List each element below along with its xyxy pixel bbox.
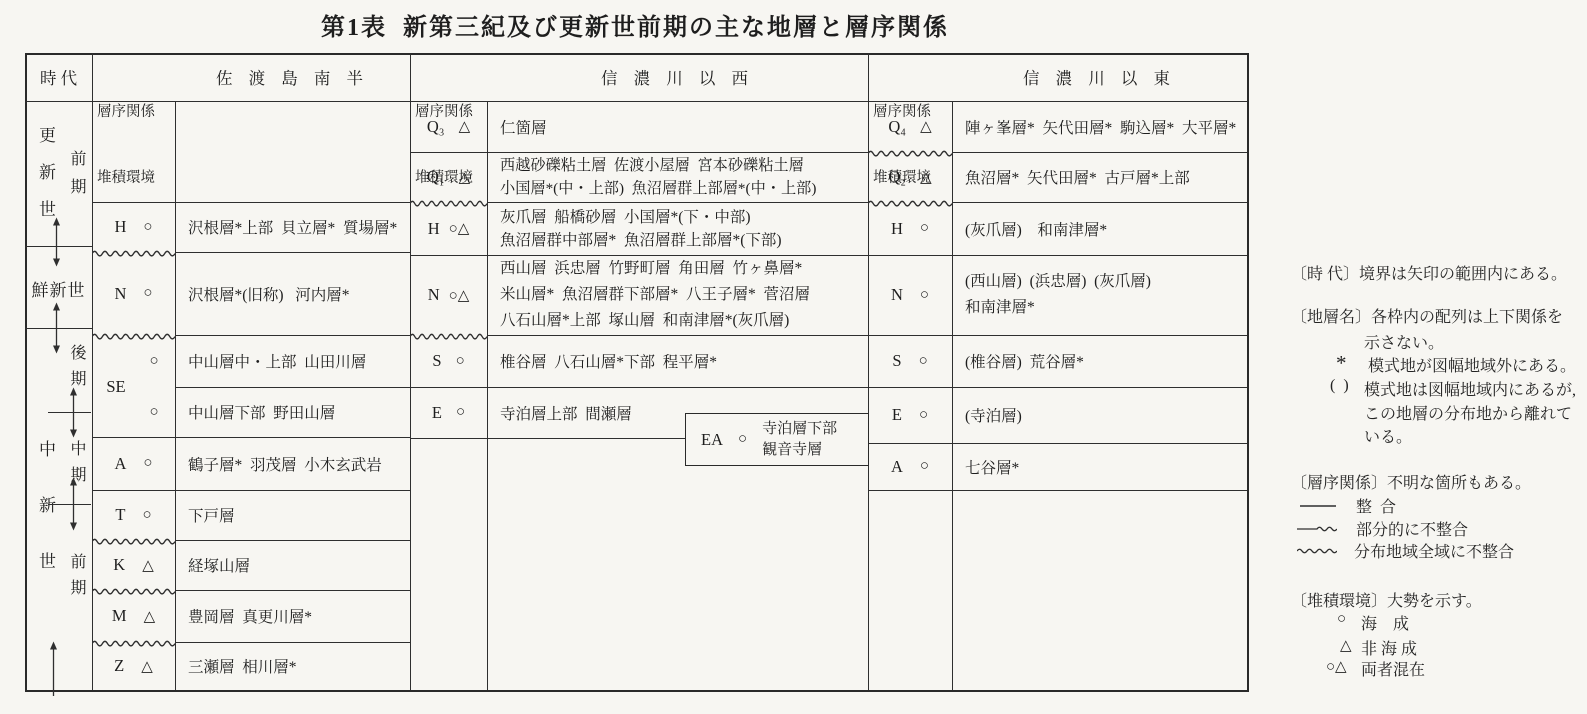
unit-code: A — [115, 454, 127, 474]
full-unconformity-icon — [1297, 546, 1337, 555]
nonmarine-symbol: △ — [920, 117, 932, 136]
sado-symbol-cell-k: K△ — [92, 540, 175, 590]
west-formations-h: 灰爪層 船橋砂層 小国層*(下・中部)魚沼層群中部層* 魚沼層群上部層*(下部) — [487, 202, 868, 255]
unit-code: S — [432, 351, 441, 371]
west-symbol-cell-q1: Q₁△ — [410, 152, 487, 202]
marine-symbol: ○ — [919, 407, 928, 424]
mixed-environment-symbol: ○△ — [449, 219, 470, 238]
east-region-header: 信 濃 川 以 東 — [952, 53, 1247, 101]
asterisk-symbol: * — [1336, 351, 1347, 376]
west-region-header: 信 濃 川 以 西 — [487, 53, 868, 101]
sado-region-header: 佐 渡 島 南 半 — [175, 53, 410, 101]
era-boundary-arrow — [51, 302, 62, 354]
grid-line — [410, 438, 685, 439]
sado-formations-a: 鶴子層* 羽茂層 小木玄武岩 — [175, 437, 410, 490]
marine-symbol: ○ — [143, 455, 152, 472]
west-formations-q3: 仁箇層 — [487, 101, 868, 152]
marine-symbol: ○ — [143, 219, 152, 236]
formation-line: 魚沼層群中部層* 魚沼層群上部層*(下部) — [500, 229, 782, 252]
east-symbol-cell-a: A○ — [868, 443, 952, 490]
stage-boundary-tick — [48, 504, 91, 505]
scanned-stratigraphy-table-page: 第1表 新第三紀及び更新世前期の主な地層と層序関係 時 代 層序関係 堆積環境 … — [0, 0, 1587, 714]
sado-symbol-cell-a: A○ — [92, 437, 175, 490]
unit-code: S — [892, 351, 901, 371]
legend-strata-note-2: 示さない。 — [1364, 330, 1444, 353]
conformity-line-icon — [1300, 501, 1336, 510]
formation-line: 八石山層*上部 塚山層 和南津層*(灰爪層) — [500, 308, 810, 334]
east-formations-h: (灰爪層) 和南津層* — [952, 202, 1247, 255]
formation-line: 寺泊層下部 — [762, 421, 837, 437]
unit-code: E — [892, 405, 902, 425]
era-pliocene-label: 鮮新世 — [25, 278, 92, 298]
sado-formations-t: 下戸層 — [175, 490, 410, 540]
env-label: 堆積環境 — [97, 167, 155, 189]
nonmarine-symbol: △ — [1340, 636, 1352, 655]
unit-code: H — [115, 217, 127, 237]
unit-code: N — [115, 284, 127, 304]
formation-line: 西山層 浜忠層 竹野町層 角田層 竹ヶ鼻層* — [500, 256, 810, 282]
formation-line: 小国層*(中・上部) 魚沼層群上部層*(中・上部) — [500, 177, 816, 200]
marine-symbol: ○ — [920, 287, 929, 304]
formation-line: 和南津層* — [965, 295, 1151, 321]
west-formations-n: 西山層 浜忠層 竹野町層 角田層 竹ヶ鼻層*米山層* 魚沼層群下部層* 八王子層… — [487, 255, 868, 335]
marine-symbol: ○ — [134, 387, 174, 437]
continues-below-arrow — [48, 641, 59, 696]
rel-label: 層序関係 — [97, 101, 155, 123]
east-symbol-cell-e: E○ — [868, 387, 952, 443]
east-formations-e: (寺泊層) — [952, 387, 1247, 443]
mixed-environment-symbol: ○△ — [1326, 657, 1347, 676]
sado-formations-se-upper: 中山層中・上部 山田川層 — [175, 335, 410, 387]
west-symbol-cell-n: N○△ — [410, 255, 487, 335]
ea-formations: 寺泊層下部観音寺層 — [762, 419, 837, 461]
era-miocene-label: 中新世 — [33, 440, 58, 608]
marine-symbol: ○ — [920, 458, 929, 475]
legend-strata-note-1: 〔地層名〕各枠内の配列は上下関係を — [1291, 304, 1563, 327]
unit-code: N — [428, 285, 440, 305]
ea-inset-cell: EA ○ 寺泊層下部観音寺層 — [685, 413, 869, 466]
legend-marine-label: 海 成 — [1361, 611, 1409, 634]
unit-code: N — [891, 285, 903, 305]
west-symbol-cell-e: E○ — [410, 387, 487, 438]
east-formations-q2: 魚沼層* 矢代田層* 古戸層*上部 — [952, 152, 1247, 202]
page-title: 第1表 新第三紀及び更新世前期の主な地層と層序関係 — [0, 7, 1270, 42]
unit-code: Q₃ — [427, 117, 445, 137]
unit-code: T — [115, 505, 125, 525]
legend-relation-note: 〔層序関係〕不明な箇所もある。 — [1291, 470, 1531, 493]
marine-symbol: ○ — [134, 335, 174, 387]
sado-symbol-cell-se: SE — [92, 362, 140, 412]
formation-line: 灰爪層 船橋砂層 小国層*(下・中部) — [500, 206, 782, 229]
mixed-environment-symbol: ○△ — [449, 286, 470, 305]
marine-symbol: ○ — [143, 285, 152, 302]
era-miocene-early-label: 前期 — [65, 553, 88, 605]
nonmarine-symbol: △ — [141, 657, 153, 676]
west-formations-q1: 西越砂礫粘土層 佐渡小屋層 宮本砂礫粘土層小国層*(中・上部) 魚沼層群上部層*… — [487, 152, 868, 202]
unit-code: Q₁ — [427, 167, 445, 187]
west-formations-s: 椎谷層 八石山層*下部 程平層* — [487, 335, 868, 387]
unit-code: H — [891, 219, 903, 239]
legend-environment-note: 〔堆積環境〕大勢を示す。 — [1291, 588, 1482, 611]
sado-symbol-cell-z: Z△ — [92, 642, 175, 690]
unit-code: Z — [114, 656, 124, 676]
legend-mixed-label: 両者混在 — [1361, 657, 1425, 680]
sado-formations-h: 沢根層*上部 貝立層* 質場層* — [175, 202, 410, 252]
paren-symbol: ( ) — [1330, 377, 1349, 395]
unit-code: M — [112, 606, 127, 626]
stage-boundary-tick — [48, 412, 91, 413]
unit-code: K — [113, 555, 125, 575]
nonmarine-symbol: △ — [142, 556, 154, 575]
legend-full-unconformity-label: 分布地域全域に不整合 — [1354, 539, 1514, 562]
grid-line — [868, 490, 1247, 491]
formation-line: 米山層* 魚沼層群下部層* 八王子層* 菅沼層 — [500, 282, 810, 308]
unit-code: Q₄ — [888, 117, 906, 137]
partial-unconformity-icon — [1297, 524, 1337, 533]
sado-formations-z: 三瀬層 相川層* — [175, 642, 410, 690]
marine-symbol: ○ — [143, 507, 152, 524]
sado-symbol-cell-m: M△ — [92, 590, 175, 642]
unit-code: Q₂ — [888, 167, 906, 187]
east-formations-a: 七谷層* — [952, 443, 1247, 490]
formation-line: 西越砂礫粘土層 佐渡小屋層 宮本砂礫粘土層 — [500, 154, 816, 177]
unit-code: EA — [701, 430, 723, 450]
west-symbol-cell-h: H○△ — [410, 202, 487, 255]
east-symbol-cell-n: N○ — [868, 255, 952, 335]
legend-paren-note-2: この地層の分布地から離れて — [1364, 401, 1572, 424]
legend-era-note: 〔時 代〕境界は矢印の範囲内にある。 — [1291, 261, 1567, 284]
legend-paren-note-1: 模式地は図幅地域内にあるが, — [1364, 377, 1576, 400]
sado-formations-n: 沢根層*(旧称) 河内層* — [175, 252, 410, 335]
marine-symbol: ○ — [1337, 611, 1346, 628]
east-formations-s: (椎谷層) 荒谷層* — [952, 335, 1247, 387]
sado-formations-m: 豊岡層 真更川層* — [175, 590, 410, 642]
marine-symbol: ○ — [920, 220, 929, 237]
marine-symbol: ○ — [456, 404, 465, 421]
legend-asterisk-note: 模式地が図幅地域外にある。 — [1368, 353, 1576, 376]
sado-formations-k: 経塚山層 — [175, 540, 410, 590]
west-symbol-cell-q3: Q₃△ — [410, 101, 487, 152]
sado-symbol-cell-t: T○ — [92, 490, 175, 540]
formation-line: 観音寺層 — [762, 442, 822, 458]
legend-conformity-label: 整 合 — [1356, 494, 1396, 517]
era-boundary-arrow — [51, 217, 62, 267]
unit-code: H — [428, 219, 440, 239]
sado-formations-se-lower: 中山層下部 野田山層 — [175, 387, 410, 437]
legend-partial-unconformity-label: 部分的に不整合 — [1356, 517, 1468, 540]
east-formations-n: (西山層) (浜忠層) (灰爪層)和南津層* — [952, 255, 1247, 335]
nonmarine-symbol: △ — [920, 168, 932, 187]
legend-paren-note-3: いる。 — [1364, 424, 1412, 447]
nonmarine-symbol: △ — [459, 117, 471, 136]
nonmarine-symbol: △ — [459, 168, 471, 187]
east-symbol-cell-h: H○ — [868, 202, 952, 255]
marine-symbol: ○ — [456, 353, 465, 370]
east-symbol-cell-s: S○ — [868, 335, 952, 387]
formation-line: (西山層) (浜忠層) (灰爪層) — [965, 269, 1151, 295]
east-symbol-cell-q2: Q₂△ — [868, 152, 952, 202]
legend-nonmarine-label: 非 海 成 — [1361, 636, 1417, 659]
sado-symbol-cell-h: H○ — [92, 202, 175, 252]
unit-code: A — [891, 457, 903, 477]
east-symbol-cell-q4: Q₄△ — [868, 101, 952, 152]
nonmarine-symbol: △ — [144, 607, 156, 626]
era-pleistocene-early-label: 前期 — [65, 150, 88, 206]
marine-symbol: ○ — [738, 431, 747, 448]
sado-symbol-cell-n: N○ — [92, 252, 175, 335]
unit-code: E — [432, 403, 442, 423]
era-column-header: 時 代 — [25, 53, 92, 101]
west-symbol-cell-s: S○ — [410, 335, 487, 387]
east-formations-q4: 陣ヶ峯層* 矢代田層* 駒込層* 大平層* — [952, 101, 1247, 152]
marine-symbol: ○ — [919, 353, 928, 370]
